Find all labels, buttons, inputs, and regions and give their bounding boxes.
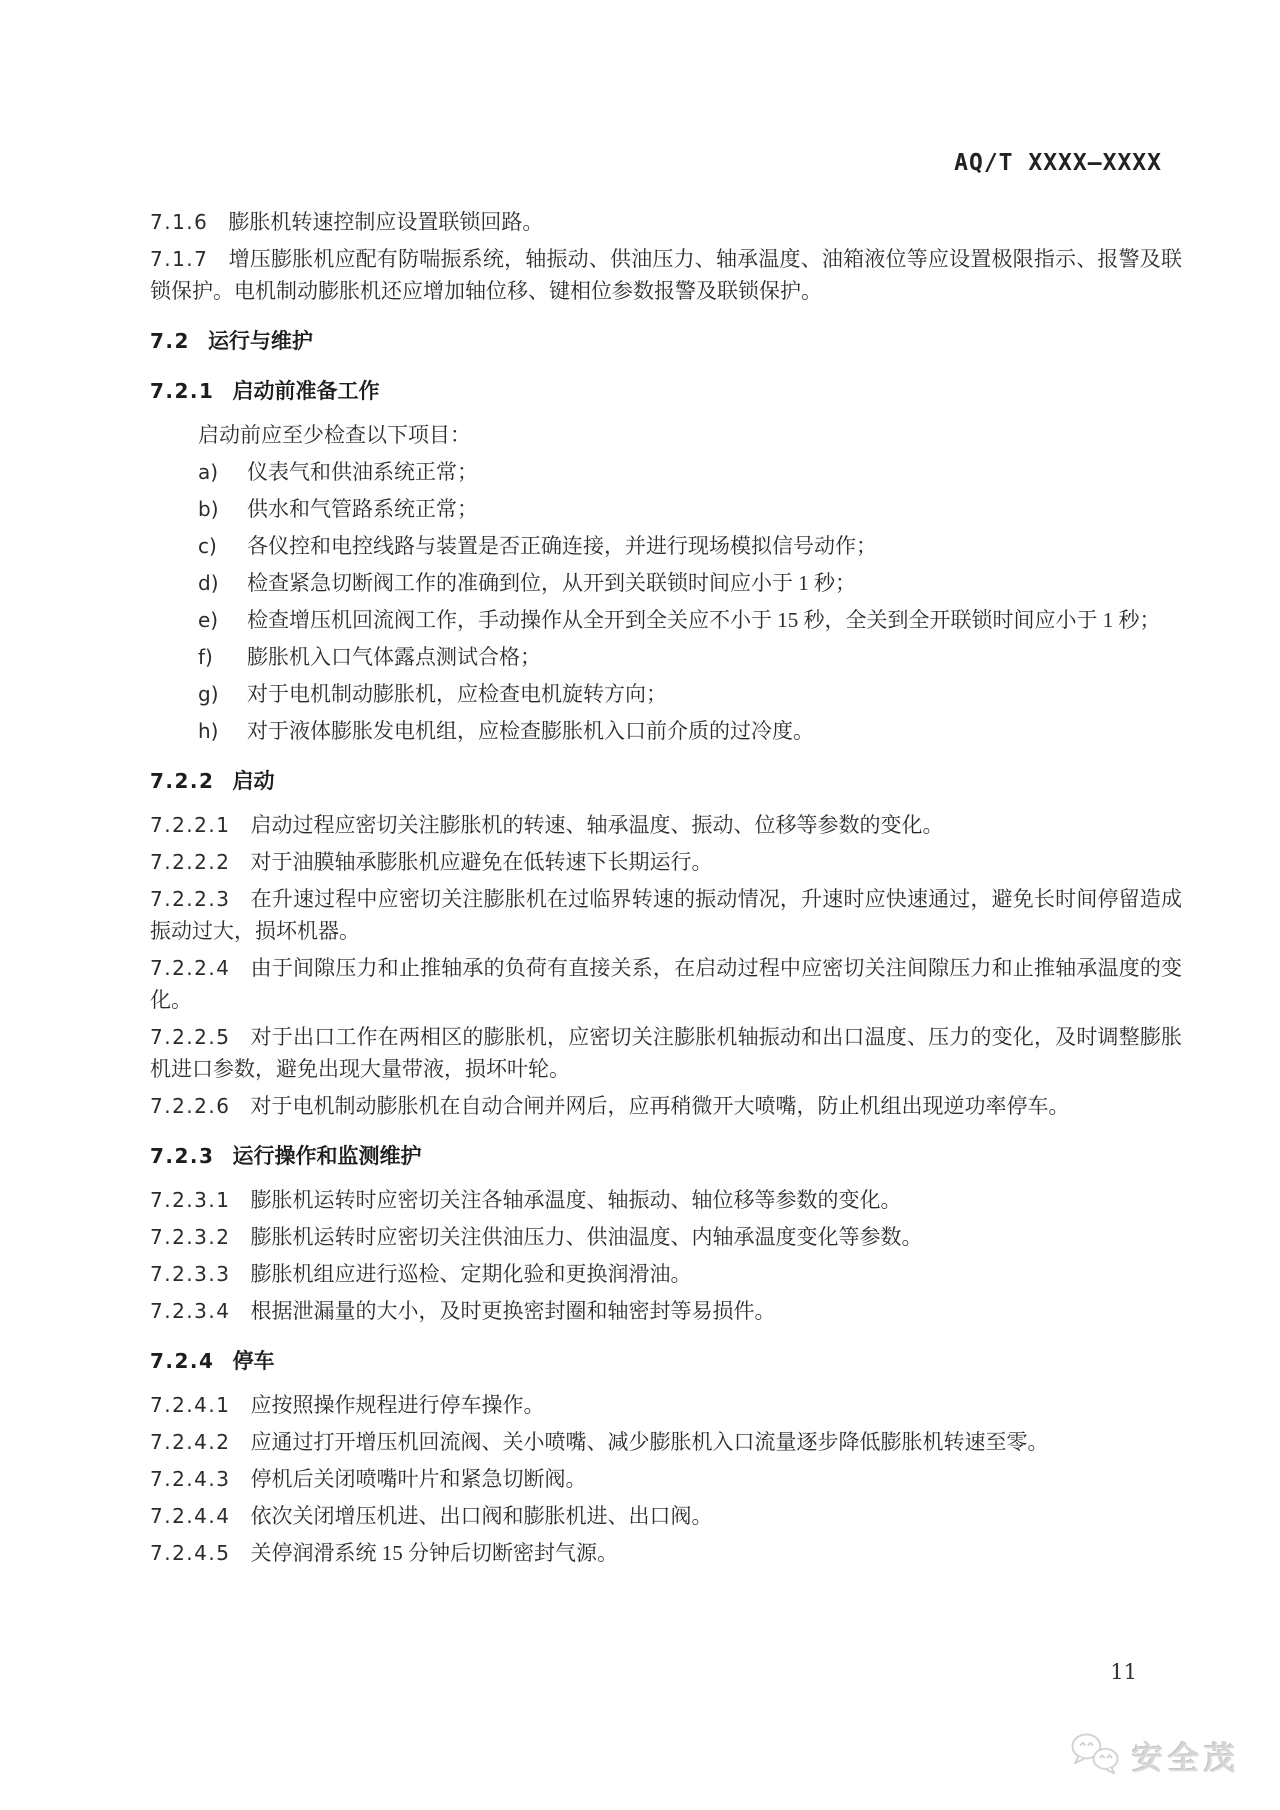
list-item-b: b)供水和气管路系统正常； [150, 493, 1182, 525]
clause-7-1-7: 7.1.7增压膨胀机应配有防喘振系统，轴振动、供油压力、轴承温度、油箱液位等应设… [150, 243, 1182, 307]
section-heading-7-2-1: 7.2.1启动前准备工作 [150, 375, 1182, 407]
clause-text: 依次关闭增压机进、出口阀和膨胀机进、出口阀。 [250, 1504, 712, 1528]
clause-text: 对于出口工作在两相区的膨胀机，应密切关注膨胀机轴振动和出口温度、压力的变化，及时… [150, 1025, 1182, 1081]
clause-text: 关停润滑系统 15 分钟后切断密封气源。 [250, 1541, 618, 1565]
clause-number: 7.2.2.5 [150, 1025, 230, 1049]
clause-text: 在升速过程中应密切关注膨胀机在过临界转速的振动情况，升速时应快速通过，避免长时间… [150, 887, 1182, 943]
list-intro: 启动前应至少检查以下项目： [150, 419, 1182, 451]
clause-text: 停机后关闭喷嘴叶片和紧急切断阀。 [250, 1467, 586, 1491]
section-heading-7-2-2: 7.2.2启动 [150, 765, 1182, 797]
clause-text: 启动过程应密切关注膨胀机的转速、轴承温度、振动、位移等参数的变化。 [250, 813, 943, 837]
heading-title: 运行操作和监测维护 [232, 1144, 421, 1168]
list-item-g: g)对于电机制动膨胀机，应检查电机旋转方向； [150, 678, 1182, 710]
list-item-text: 各仪控和电控线路与装置是否正确连接，并进行现场模拟信号动作； [247, 530, 1182, 562]
clause-7-2-2-6: 7.2.2.6对于电机制动膨胀机在自动合闸并网后，应再稍微开大喷嘴，防止机组出现… [150, 1090, 1182, 1122]
clause-text: 膨胀机转速控制应设置联锁回路。 [228, 210, 543, 234]
list-item-e: e)检查增压机回流阀工作，手动操作从全开到全关应不小于 15 秒，全关到全开联锁… [150, 604, 1182, 636]
list-item-c: c)各仪控和电控线路与装置是否正确连接，并进行现场模拟信号动作； [150, 530, 1182, 562]
list-item-label: c) [198, 530, 247, 562]
section-heading-7-2-4: 7.2.4停车 [150, 1345, 1182, 1377]
list-item-label: h) [198, 715, 247, 747]
clause-7-2-3-2: 7.2.3.2膨胀机运转时应密切关注供油压力、供油温度、内轴承温度变化等参数。 [150, 1221, 1182, 1253]
clause-text: 对于电机制动膨胀机在自动合闸并网后，应再稍微开大喷嘴，防止机组出现逆功率停车。 [250, 1094, 1069, 1118]
list-item-a: a)仪表气和供油系统正常； [150, 456, 1182, 488]
list-item-text: 对于液体膨胀发电机组，应检查膨胀机入口前介质的过冷度。 [247, 715, 1182, 747]
clause-7-2-4-3: 7.2.4.3停机后关闭喷嘴叶片和紧急切断阀。 [150, 1463, 1182, 1495]
list-item-text: 检查增压机回流阀工作，手动操作从全开到全关应不小于 15 秒，全关到全开联锁时间… [247, 604, 1182, 636]
document-page: AQ/T XXXX—XXXX 7.1.6膨胀机转速控制应设置联锁回路。 7.1.… [0, 0, 1280, 1810]
list-item-label: a) [198, 456, 247, 488]
heading-number: 7.2.4 [150, 1349, 214, 1373]
clause-text: 膨胀机组应进行巡检、定期化验和更换润滑油。 [250, 1262, 691, 1286]
heading-number: 7.2.2 [150, 769, 214, 793]
clause-7-2-4-2: 7.2.4.2应通过打开增压机回流阀、关小喷嘴、减少膨胀机入口流量逐步降低膨胀机… [150, 1426, 1182, 1458]
section-heading-7-2-3: 7.2.3运行操作和监测维护 [150, 1140, 1182, 1172]
clause-number: 7.2.3.4 [150, 1299, 230, 1323]
heading-number: 7.2.3 [150, 1144, 214, 1168]
list-item-text: 对于电机制动膨胀机，应检查电机旋转方向； [247, 678, 1182, 710]
clause-text: 膨胀机运转时应密切关注供油压力、供油温度、内轴承温度变化等参数。 [250, 1225, 922, 1249]
clause-number: 7.1.6 [150, 210, 208, 234]
clause-number: 7.2.2.2 [150, 850, 230, 874]
clause-number: 7.2.4.2 [150, 1430, 230, 1454]
standard-number: AQ/T XXXX—XXXX [954, 150, 1162, 176]
clause-7-2-3-1: 7.2.3.1膨胀机运转时应密切关注各轴承温度、轴振动、轴位移等参数的变化。 [150, 1184, 1182, 1216]
page-number: 11 [1110, 1660, 1137, 1684]
list-item-f: f)膨胀机入口气体露点测试合格； [150, 641, 1182, 673]
heading-title: 启动前准备工作 [232, 379, 379, 403]
heading-title: 运行与维护 [208, 329, 313, 353]
clause-7-2-4-5: 7.2.4.5关停润滑系统 15 分钟后切断密封气源。 [150, 1537, 1182, 1569]
list-item-label: e) [198, 604, 247, 636]
clause-number: 7.2.3.3 [150, 1262, 230, 1286]
wechat-bubbles-icon [1068, 1732, 1124, 1778]
brand-watermark: 安全茂 [1068, 1732, 1240, 1778]
clause-7-2-3-4: 7.2.3.4根据泄漏量的大小，及时更换密封圈和轴密封等易损件。 [150, 1295, 1182, 1327]
list-item-text: 检查紧急切断阀工作的准确到位，从开到关联锁时间应小于 1 秒； [247, 567, 1182, 599]
section-heading-7-2: 7.2运行与维护 [150, 325, 1182, 357]
clause-number: 7.2.2.3 [150, 887, 230, 911]
page-header: AQ/T XXXX—XXXX [150, 150, 1162, 176]
clause-text: 由于间隙压力和止推轴承的负荷有直接关系，在启动过程中应密切关注间隙压力和止推轴承… [150, 956, 1182, 1012]
clause-text: 根据泄漏量的大小，及时更换密封圈和轴密封等易损件。 [250, 1299, 775, 1323]
list-item-label: b) [198, 493, 247, 525]
clause-text: 对于油膜轴承膨胀机应避免在低转速下长期运行。 [250, 850, 712, 874]
clause-number: 7.2.3.1 [150, 1188, 230, 1212]
clause-text: 应通过打开增压机回流阀、关小喷嘴、减少膨胀机入口流量逐步降低膨胀机转速至零。 [250, 1430, 1048, 1454]
clause-number: 7.1.7 [150, 247, 208, 271]
clause-text: 应按照操作规程进行停车操作。 [250, 1393, 544, 1417]
list-item-text: 仪表气和供油系统正常； [247, 456, 1182, 488]
clause-number: 7.2.4.1 [150, 1393, 230, 1417]
list-item-label: f) [198, 641, 247, 673]
clause-number: 7.2.4.5 [150, 1541, 230, 1565]
heading-number: 7.2.1 [150, 379, 214, 403]
clause-number: 7.2.4.3 [150, 1467, 230, 1491]
list-item-label: g) [198, 678, 247, 710]
clause-7-2-3-3: 7.2.3.3膨胀机组应进行巡检、定期化验和更换润滑油。 [150, 1258, 1182, 1290]
clause-7-2-2-3: 7.2.2.3在升速过程中应密切关注膨胀机在过临界转速的振动情况，升速时应快速通… [150, 883, 1182, 947]
heading-title: 停车 [232, 1349, 274, 1373]
clause-7-2-2-1: 7.2.2.1启动过程应密切关注膨胀机的转速、轴承温度、振动、位移等参数的变化。 [150, 809, 1182, 841]
clause-text: 增压膨胀机应配有防喘振系统，轴振动、供油压力、轴承温度、油箱液位等应设置极限指示… [150, 247, 1182, 303]
clause-7-1-6: 7.1.6膨胀机转速控制应设置联锁回路。 [150, 206, 1182, 238]
document-body: 7.1.6膨胀机转速控制应设置联锁回路。 7.1.7增压膨胀机应配有防喘振系统，… [150, 206, 1182, 1574]
list-item-label: d) [198, 567, 247, 599]
clause-7-2-2-2: 7.2.2.2对于油膜轴承膨胀机应避免在低转速下长期运行。 [150, 846, 1182, 878]
clause-7-2-4-1: 7.2.4.1应按照操作规程进行停车操作。 [150, 1389, 1182, 1421]
clause-7-2-2-5: 7.2.2.5对于出口工作在两相区的膨胀机，应密切关注膨胀机轴振动和出口温度、压… [150, 1021, 1182, 1085]
list-item-d: d)检查紧急切断阀工作的准确到位，从开到关联锁时间应小于 1 秒； [150, 567, 1182, 599]
clause-number: 7.2.4.4 [150, 1504, 230, 1528]
list-item-text: 膨胀机入口气体露点测试合格； [247, 641, 1182, 673]
heading-number: 7.2 [150, 329, 190, 353]
clause-number: 7.2.3.2 [150, 1225, 230, 1249]
heading-title: 启动 [232, 769, 274, 793]
clause-7-2-4-4: 7.2.4.4依次关闭增压机进、出口阀和膨胀机进、出口阀。 [150, 1500, 1182, 1532]
clause-number: 7.2.2.6 [150, 1094, 230, 1118]
clause-number: 7.2.2.4 [150, 956, 230, 980]
list-item-h: h)对于液体膨胀发电机组，应检查膨胀机入口前介质的过冷度。 [150, 715, 1182, 747]
brand-name: 安全茂 [1132, 1733, 1240, 1778]
clause-7-2-2-4: 7.2.2.4由于间隙压力和止推轴承的负荷有直接关系，在启动过程中应密切关注间隙… [150, 952, 1182, 1016]
clause-number: 7.2.2.1 [150, 813, 230, 837]
list-item-text: 供水和气管路系统正常； [247, 493, 1182, 525]
clause-text: 膨胀机运转时应密切关注各轴承温度、轴振动、轴位移等参数的变化。 [250, 1188, 901, 1212]
